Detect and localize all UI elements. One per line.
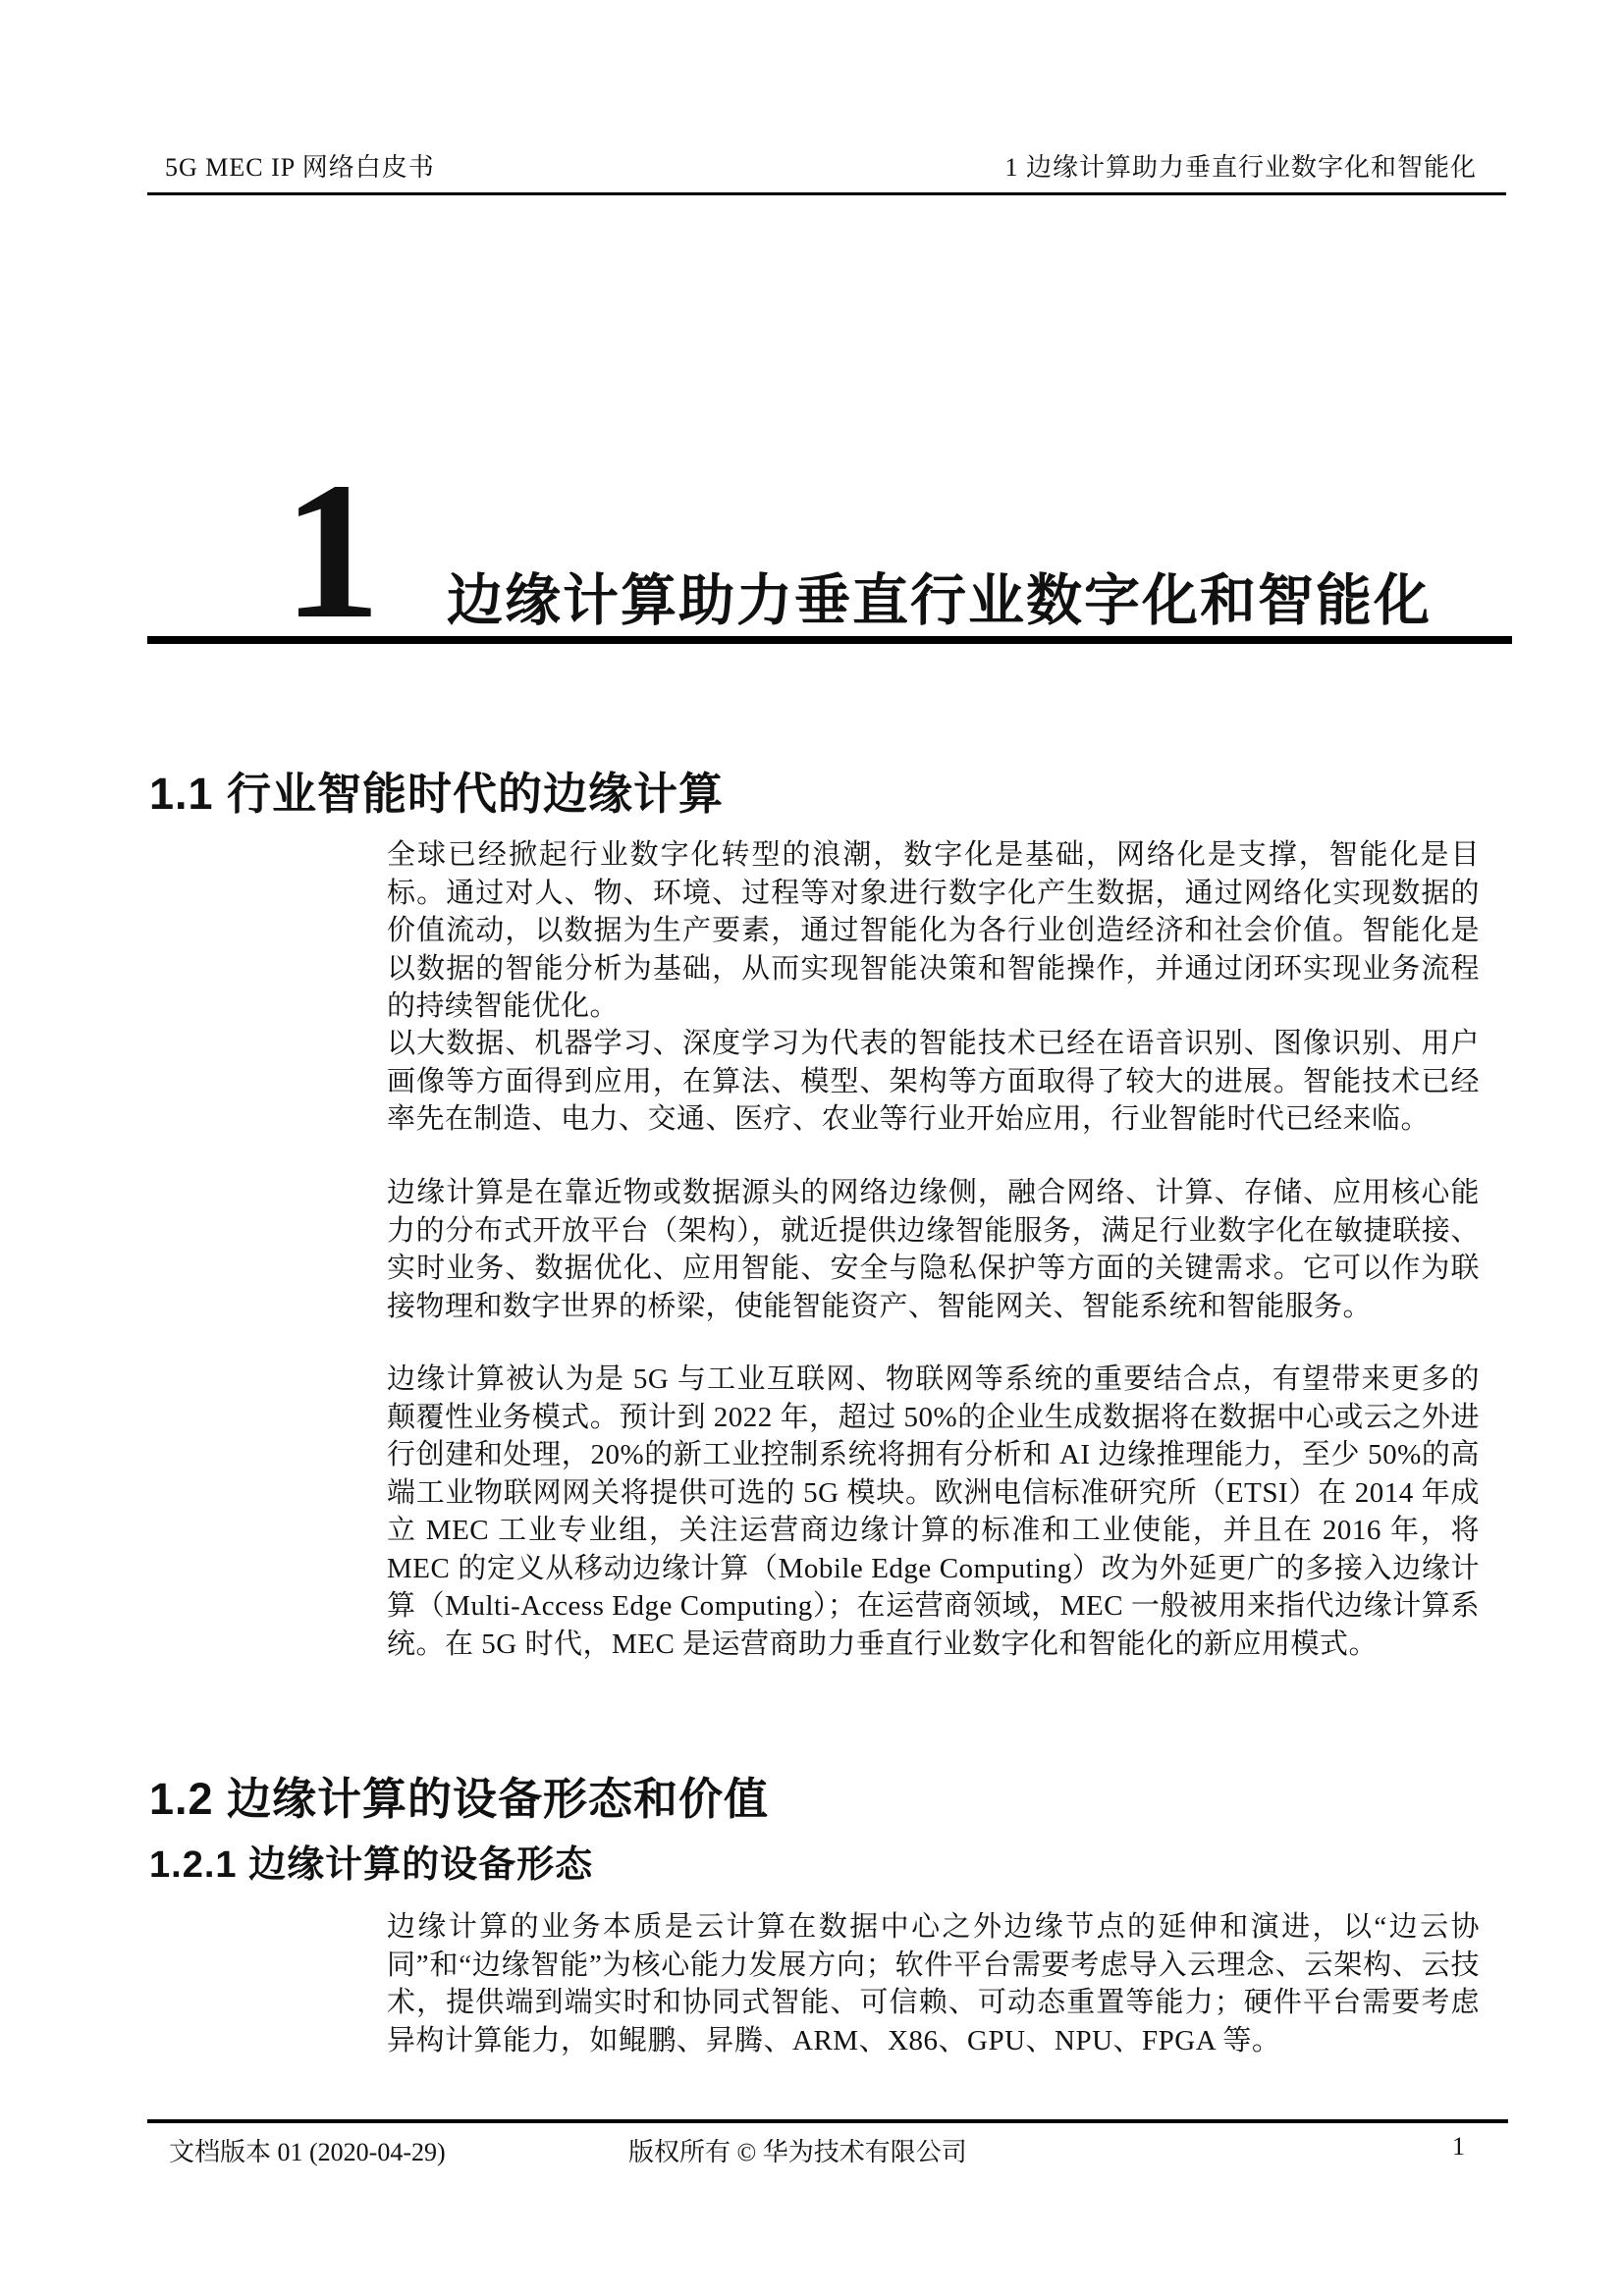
subsection-heading-1-2-1: 1.2.1 边缘计算的设备形态: [149, 1834, 593, 1888]
section-heading-1-2: 1.2 边缘计算的设备形态和价值: [149, 1763, 769, 1827]
chapter-number: 1: [283, 454, 381, 650]
document-page: 5G MEC IP 网络白皮书 1 边缘计算助力垂直行业数字化和智能化 1 边缘…: [0, 0, 1624, 2296]
paragraph-edge-computing-definition: 边缘计算是在靠近物或数据源头的网络边缘侧，融合网络、计算、存储、应用核心能力的分…: [387, 1174, 1480, 1325]
footer-rule: [147, 2119, 1508, 2123]
paragraph-device-form: 边缘计算的业务本质是云计算在数据中心之外边缘节点的延伸和演进，以“边云协同”和“…: [387, 1908, 1480, 2059]
chapter-title: 边缘计算助力垂直行业数字化和智能化: [447, 556, 1432, 636]
running-header-document-title: 5G MEC IP 网络白皮书: [165, 147, 435, 184]
footer-page-number: 1: [1452, 2132, 1465, 2162]
paragraph-digital-transformation: 全球已经掀起行业数字化转型的浪潮，数字化是基础，网络化是支撑，智能化是目标。通过…: [387, 836, 1480, 1026]
footer-document-version: 文档版本 01 (2020-04-29): [169, 2132, 446, 2168]
section-heading-1-1: 1.1 行业智能时代的边缘计算: [149, 758, 724, 822]
chapter-title-rule: [147, 636, 1512, 644]
footer-copyright: 版权所有 © 华为技术有限公司: [628, 2132, 967, 2168]
header-rule: [147, 192, 1506, 195]
paragraph-mec-history: 边缘计算被认为是 5G 与工业互联网、物联网等系统的重要结合点，有望带来更多的颠…: [387, 1361, 1480, 1663]
paragraph-intelligent-technology: 以大数据、机器学习、深度学习为代表的智能技术已经在语音识别、图像识别、用户画像等…: [387, 1025, 1480, 1139]
running-header-chapter-ref: 1 边缘计算助力垂直行业数字化和智能化: [1004, 147, 1477, 184]
